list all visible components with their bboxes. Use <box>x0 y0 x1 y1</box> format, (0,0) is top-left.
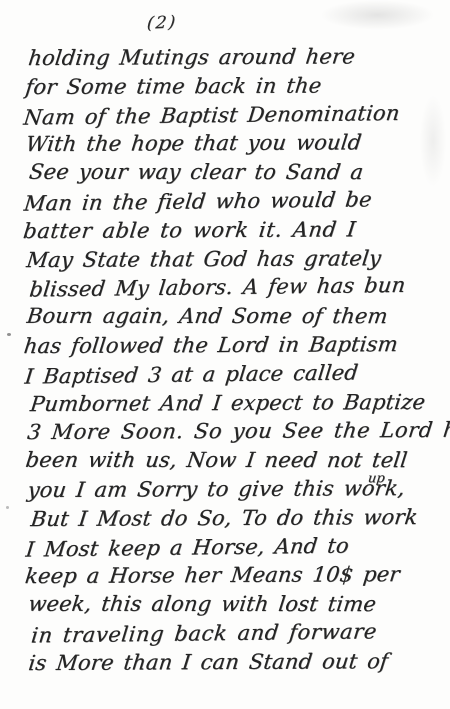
handwritten-line: See your way clear to Sand a <box>27 158 446 187</box>
handwritten-line: holding Mutings around here <box>27 42 446 73</box>
handwritten-line: for Some time back in the <box>24 71 446 102</box>
ink-speck <box>7 333 11 336</box>
handwritten-line: Nam of the Baptist Denomination <box>22 98 447 132</box>
handwritten-line: blissed My labors. A few has bun <box>28 271 448 305</box>
handwritten-line: keep a Horse her Means 10$ per <box>23 560 448 591</box>
handwritten-line: batter able to work it. And I <box>22 215 447 246</box>
handwritten-line: in traveling back and forware <box>30 616 450 650</box>
handwritten-line: I Most keep a Horse, And to <box>24 530 449 564</box>
handwritten-line: has followed the Lord in Baptism <box>22 330 447 361</box>
handwritten-line: Bourn again, And Some of them <box>25 302 447 331</box>
handwritten-line: Pumbornet And I expect to Baptize <box>29 387 448 418</box>
page-number: (2) <box>146 12 178 34</box>
handwritten-line: 3 More Soon. So you See the Lord has <box>26 416 448 447</box>
handwritten-line: With the hope that you would <box>24 128 446 159</box>
letter-page: (2) holding Mutings around herefor Some … <box>0 0 450 709</box>
handwritten-line: week, this along with lost time <box>27 590 449 619</box>
handwritten-line: Man in the field who would be <box>22 184 447 218</box>
letter-body: holding Mutings around herefor Some time… <box>22 42 447 678</box>
handwritten-line: I Baptised 3 at a place called <box>23 357 448 391</box>
handwritten-line: is More than I can Stand out of <box>27 647 449 678</box>
ink-speck <box>6 506 9 509</box>
handwritten-line: May State that God has grately <box>25 243 447 274</box>
handwritten-line: you I am Sorry to give this work,up <box>26 474 448 505</box>
inserted-word: up <box>367 471 385 486</box>
scan-smudge <box>320 0 435 30</box>
handwritten-line: But I Most do So, To do this work <box>29 503 448 534</box>
